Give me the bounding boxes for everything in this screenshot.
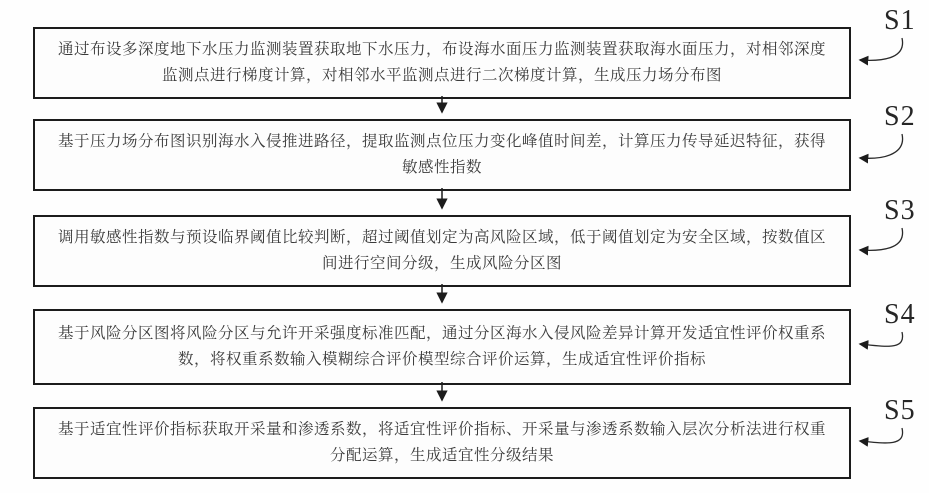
step-box-s4: 基于风险分区图将风险分区与允许开采强度标准匹配，通过分区海水入侵风险差异计算开发…	[33, 309, 851, 385]
leader-arrow-s4	[860, 332, 903, 346]
leader-arrow-s1	[860, 38, 903, 60]
step-label-s1: S1	[884, 5, 928, 37]
step-label-s4: S4	[884, 299, 928, 331]
step-text-s5: 基于适宜性评价指标获取开采量和渗透系数，将适宜性评价指标、开采量与渗透系数输入层…	[51, 417, 832, 469]
step-text-s3: 调用敏感性指数与预设临界阈值比较判断，超过阈值划定为高风险区域，低于阈值划定为安…	[51, 225, 832, 277]
step-box-s1: 通过布设多深度地下水压力监测装置获取地下水压力，布设海水面压力监测装置获取海水面…	[33, 27, 851, 99]
step-box-s5: 基于适宜性评价指标获取开采量和渗透系数，将适宜性评价指标、开采量与渗透系数输入层…	[33, 407, 851, 479]
flowchart-figure: 通过布设多深度地下水压力监测装置获取地下水压力，布设海水面压力监测装置获取海水面…	[0, 0, 929, 493]
step-box-s3: 调用敏感性指数与预设临界阈值比较判断，超过阈值划定为高风险区域，低于阈值划定为安…	[33, 215, 851, 287]
step-label-s2: S2	[884, 101, 928, 133]
step-text-s4: 基于风险分区图将风险分区与允许开采强度标准匹配，通过分区海水入侵风险差异计算开发…	[51, 321, 832, 373]
step-text-s1: 通过布设多深度地下水压力监测装置获取地下水压力，布设海水面压力监测装置获取海水面…	[51, 37, 832, 89]
leader-arrow-s2	[860, 134, 903, 158]
leader-arrow-s5	[860, 428, 903, 443]
leader-arrow-s3	[860, 228, 903, 250]
step-text-s2: 基于压力场分布图识别海水入侵推进路径，提取监测点位压力变化峰值时间差，计算压力传…	[51, 129, 832, 181]
step-label-s3: S3	[884, 195, 928, 227]
step-label-s5: S5	[884, 395, 928, 427]
step-box-s2: 基于压力场分布图识别海水入侵推进路径，提取监测点位压力变化峰值时间差，计算压力传…	[33, 119, 851, 191]
